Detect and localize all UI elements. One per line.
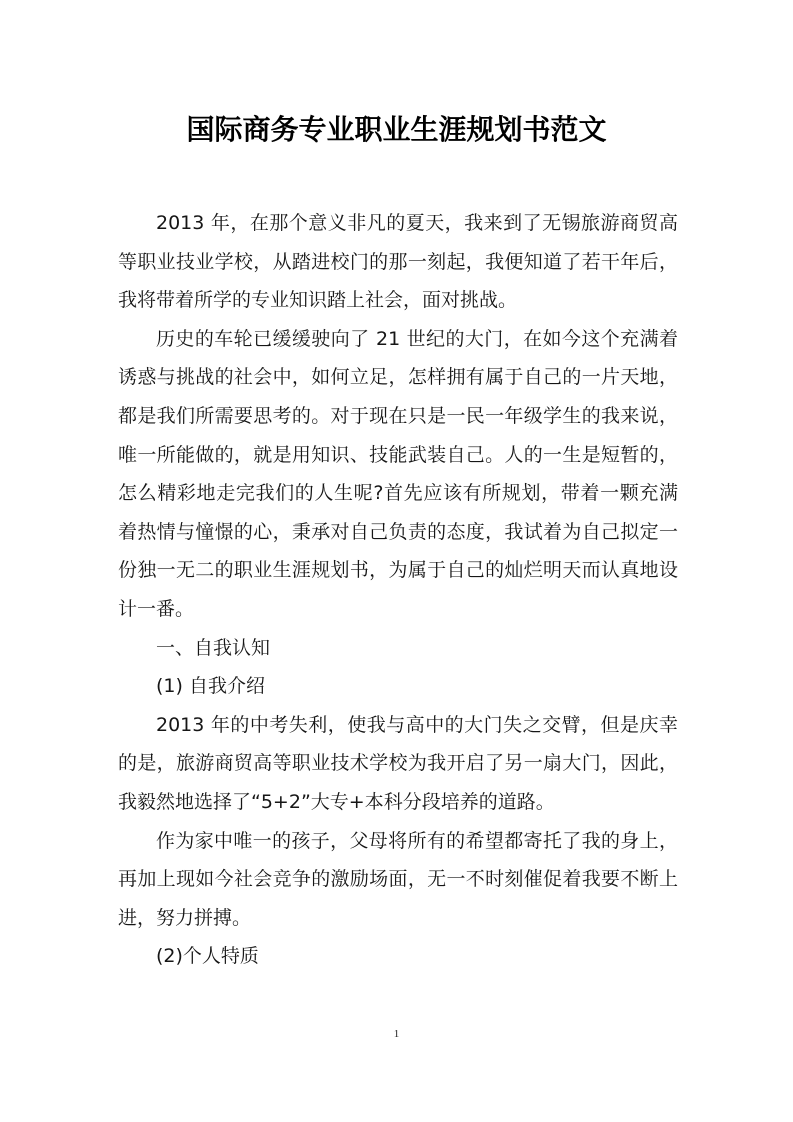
document-title: 国际商务专业职业生涯规划书范文	[0, 110, 793, 150]
subsection-heading-self-introduction: (1) 自我介绍	[118, 667, 678, 706]
document-page: 国际商务专业职业生涯规划书范文 2013 年，在那个意义非凡的夏天，我来到了无锡…	[0, 0, 793, 1122]
document-body: 2013 年，在那个意义非凡的夏天，我来到了无锡旅游商贸高等职业技业学校，从踏进…	[118, 204, 678, 976]
section-heading-self-awareness: 一、自我认知	[118, 629, 678, 668]
paragraph-exam: 2013 年的中考失利，使我与高中的大门失之交臂，但是庆幸的是，旅游商贸高等职业…	[118, 706, 678, 822]
paragraph-history: 历史的车轮已缓缓驶向了 21 世纪的大门，在如今这个充满着诱惑与挑战的社会中，如…	[118, 320, 678, 629]
subsection-heading-personal-traits: (2)个人特质	[118, 937, 678, 976]
page-number: 1	[0, 1028, 793, 1040]
paragraph-intro: 2013 年，在那个意义非凡的夏天，我来到了无锡旅游商贸高等职业技业学校，从踏进…	[118, 204, 678, 320]
paragraph-family: 作为家中唯一的孩子，父母将所有的希望都寄托了我的身上，再加上现如今社会竞争的激励…	[118, 822, 678, 938]
